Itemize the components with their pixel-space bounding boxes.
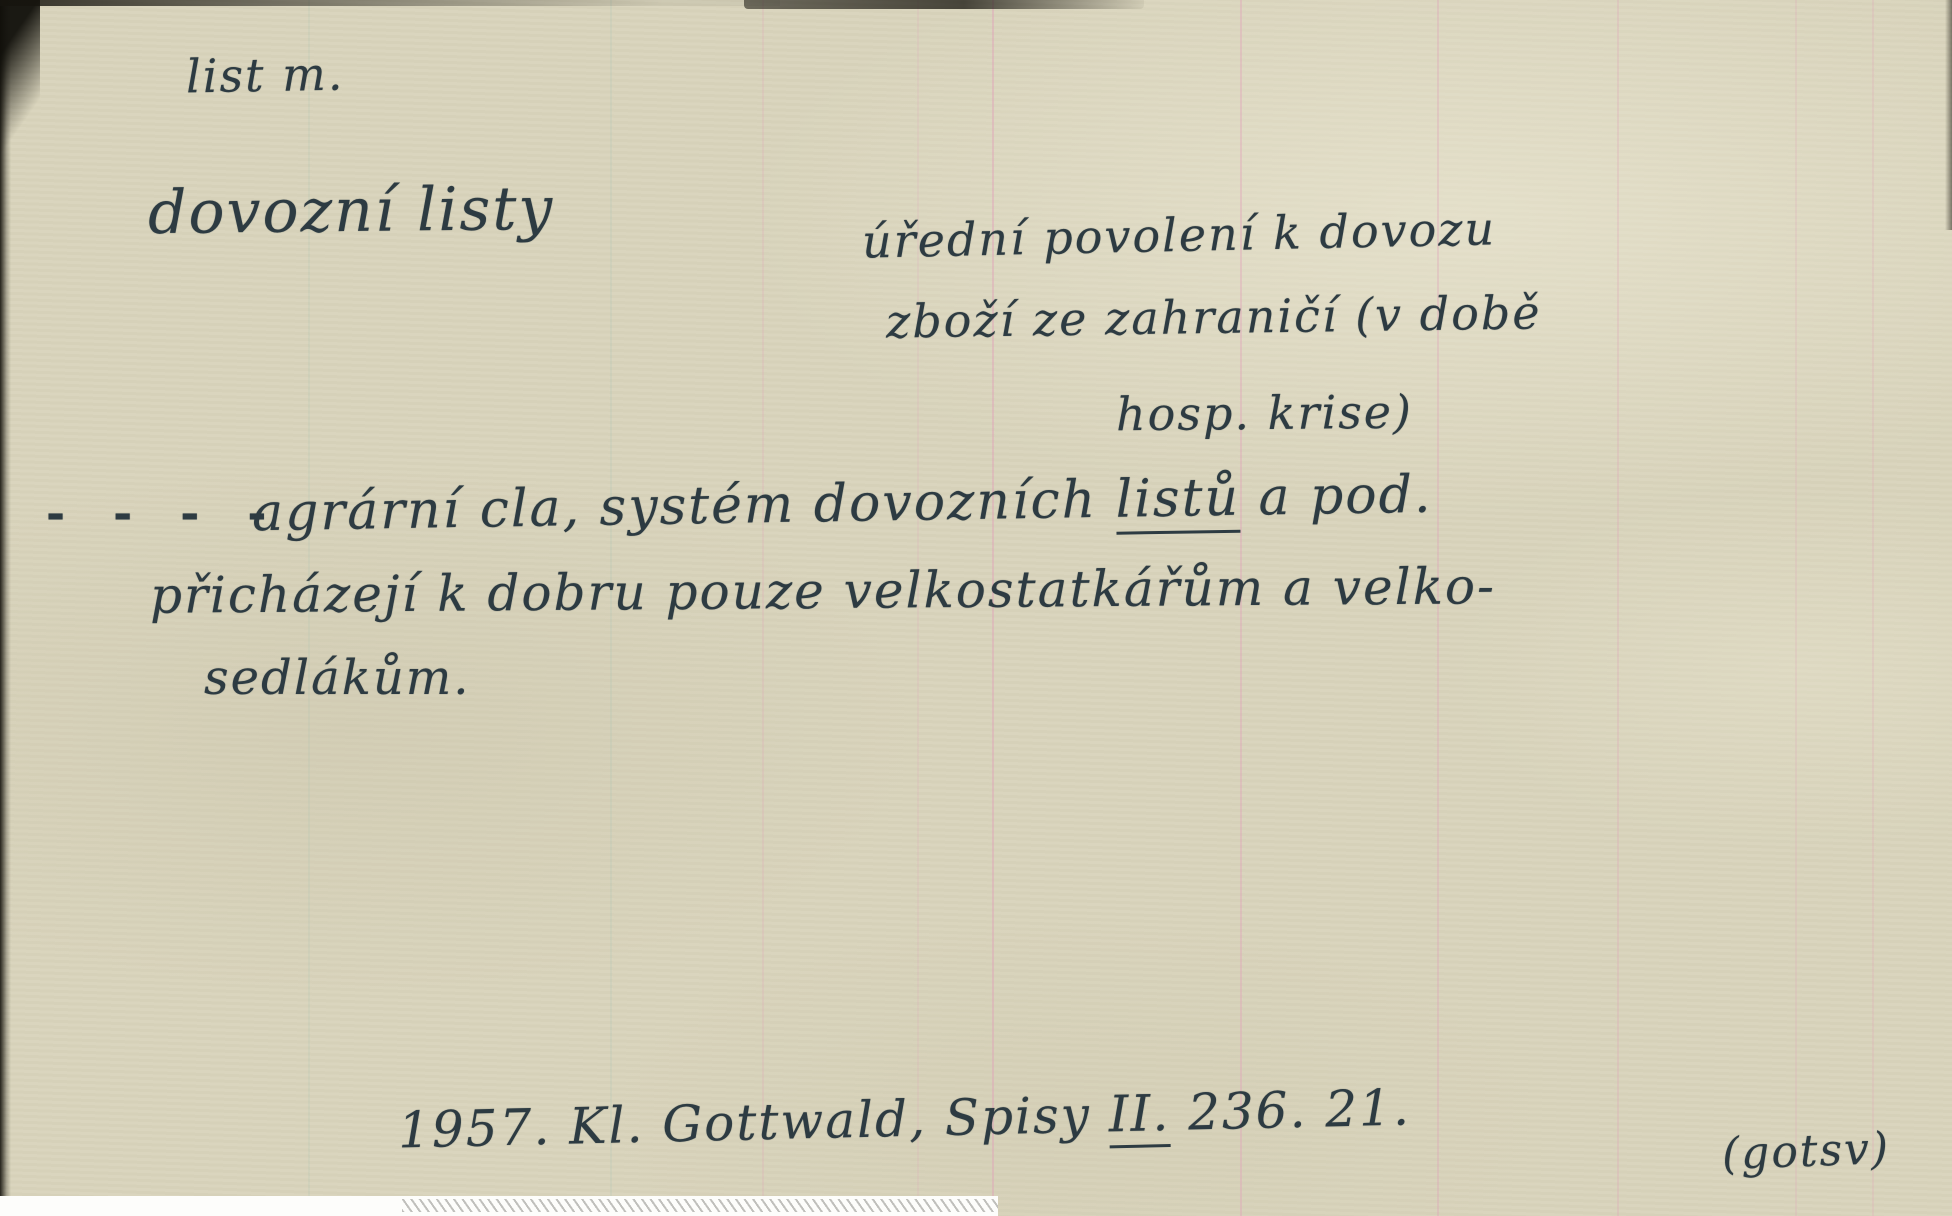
quote-line-3: sedlákům. — [204, 652, 471, 705]
ruling-line — [1617, 0, 1619, 1216]
citation-pre: 1957. Kl. Gottwald, Spisy — [397, 1085, 1109, 1159]
corner-annotation: (gotsv) — [1721, 1125, 1891, 1179]
quote-line-1-underlined-word: listů — [1115, 468, 1240, 535]
scan-edge-right — [1945, 0, 1952, 230]
quote-line-1-pre: agrární cla, systém dovozních — [252, 470, 1117, 544]
scan-edge-top-notch — [744, 0, 1144, 9]
citation-volume-numeral: II. — [1108, 1084, 1171, 1148]
definition-line-1: úřední povolení k dovozu — [862, 203, 1497, 267]
ruling-line — [1795, 0, 1797, 1216]
scanned-index-card: list m. dovozní listy úřední povolení k … — [0, 0, 1952, 1216]
quote-line-1-post: a pod. — [1239, 465, 1432, 528]
headword-gender-note: list m. — [186, 49, 345, 102]
quote-line-1: agrární cla, systém dovozních listů a po… — [252, 467, 1433, 543]
source-citation: 1957. Kl. Gottwald, Spisy II. 236. 21. — [398, 1081, 1412, 1159]
scan-edge-top — [0, 0, 780, 6]
ruling-line — [1872, 0, 1874, 1216]
definition-line-2: zboží ze zahraničí (v době — [886, 287, 1542, 347]
scan-corner-top-left — [0, 0, 40, 160]
entry-term: dovozní listy — [148, 176, 555, 246]
scan-edge-left — [0, 0, 11, 1216]
quote-leader-dashes: - - - - — [46, 488, 282, 539]
definition-line-3: hosp. krise) — [1116, 387, 1413, 440]
quote-line-2: přicházejí k dobru pouze velkostatkářům … — [150, 559, 1496, 623]
scan-hatch-bottom — [402, 1199, 998, 1212]
citation-post: 236. 21. — [1170, 1079, 1412, 1142]
